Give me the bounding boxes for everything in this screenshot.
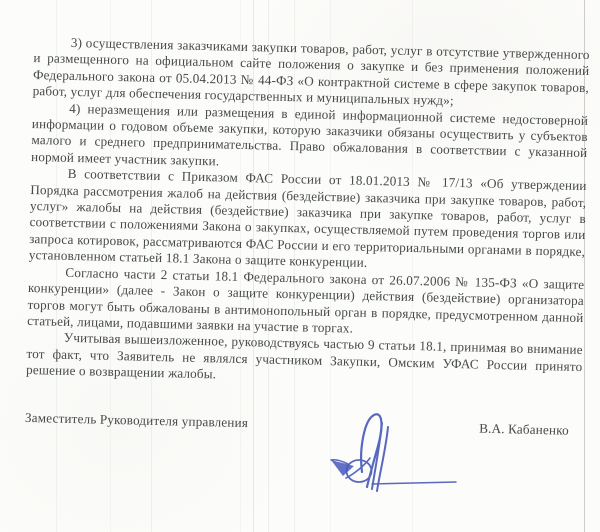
signatory-title: Заместитель Руководителя управления xyxy=(25,409,248,431)
scanned-document-page: 3) осуществления заказчиками закупки тов… xyxy=(0,0,600,532)
signature-block: Заместитель Руководителя управления В.А.… xyxy=(25,409,581,439)
signatory-name: В.А. Кабаненко xyxy=(479,420,569,439)
paragraph-item-3: 3) осуществления заказчиками закупки тов… xyxy=(32,34,589,113)
document-body: 3) осуществления заказчиками закупки тов… xyxy=(25,34,590,439)
paragraph-fas-order: В соответствии с Приказом ФАС России от … xyxy=(29,165,587,277)
